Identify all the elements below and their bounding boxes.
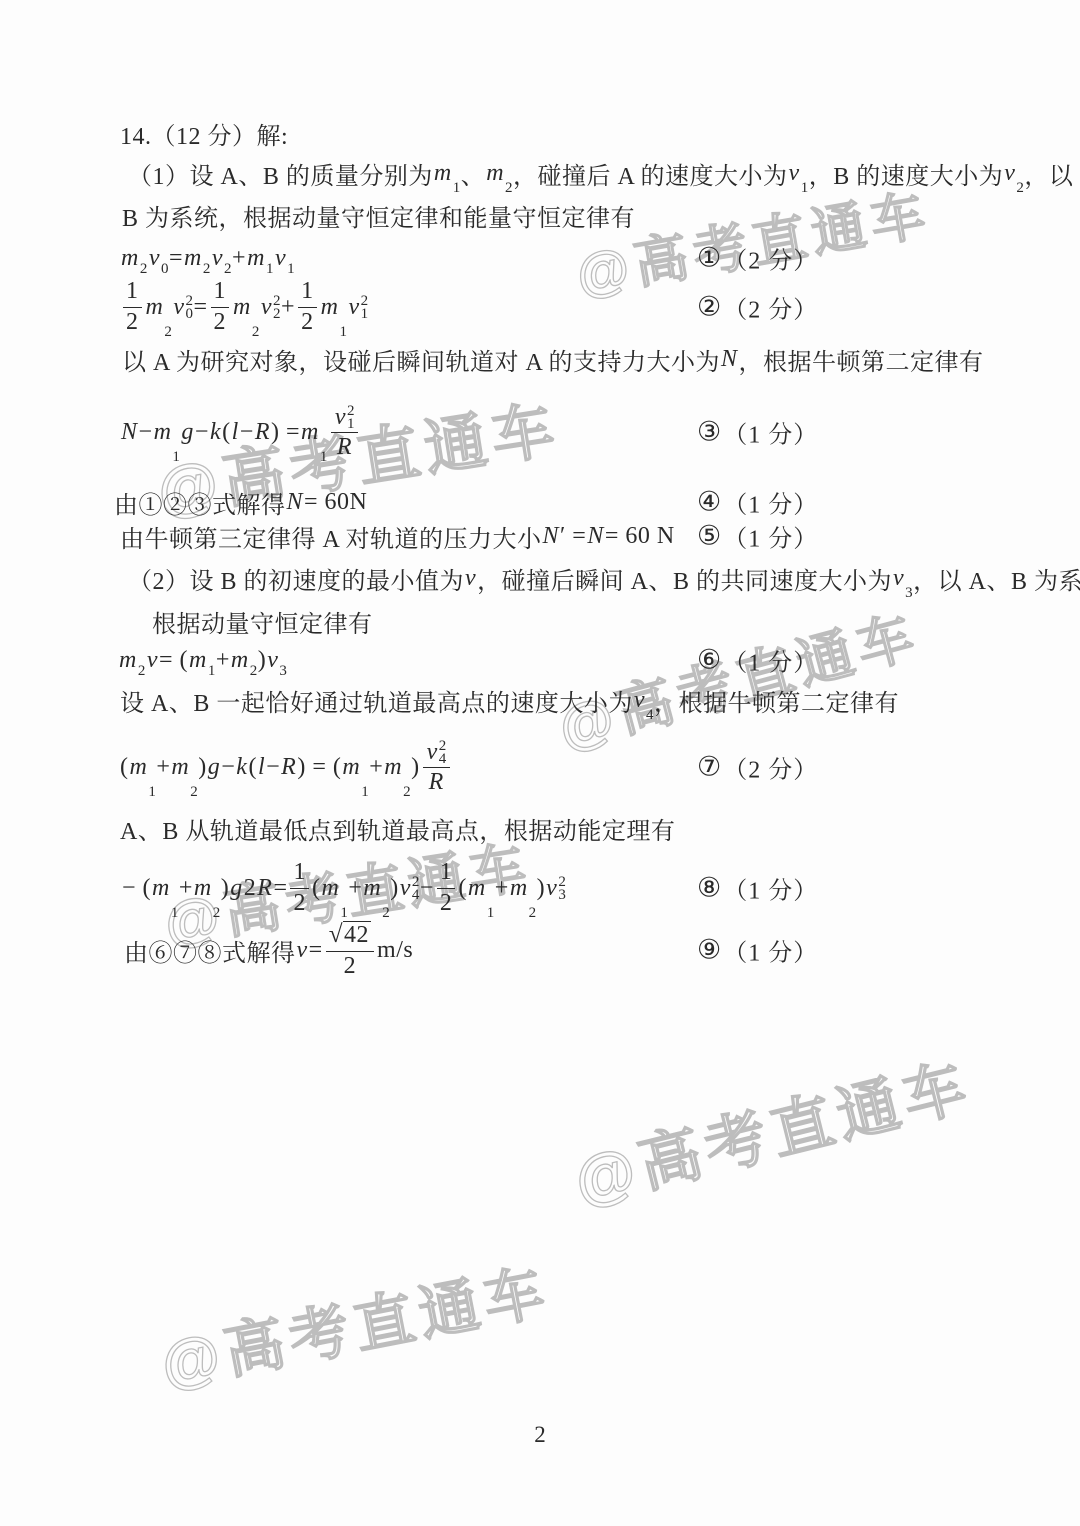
mark-number: ③: [697, 417, 722, 448]
mark-score: （1 分）: [723, 485, 818, 520]
mark-number: ⑦: [697, 752, 722, 783]
score-mark-6: ⑥ （1 分）: [697, 643, 818, 678]
top-point-equation: (m1+m2)g−k(l−R) = (m1+m2)v24R ⑦ （2 分）: [0, 734, 1080, 800]
score-mark-4: ④ （1 分）: [697, 485, 818, 520]
mark-score: （1 分）: [723, 871, 818, 906]
part2-setup-line-1: （2）设 B 的初速度的最小值为 v，碰撞后瞬间 A、B 的共同速度大小为 v3…: [0, 563, 1080, 593]
mark-number: ④: [697, 487, 722, 518]
score-mark-1: ① （2 分）: [697, 241, 818, 276]
paragraph-text: （1）设 A、B 的质量分别为 m1、m2，碰撞后 A 的速度大小为 v1，B …: [128, 156, 1080, 191]
watermark: @高考直通车: [569, 1056, 978, 1214]
mark-number: ⑥: [697, 645, 722, 676]
paragraph-text: 以 A 为研究对象，设碰后瞬间轨道对 A 的支持力大小为 N，根据牛顿第二定律有: [122, 342, 984, 377]
page-number: 2: [0, 1422, 1080, 1448]
kinetic-energy-intro: A、B 从轨道最低点到轨道最高点，根据动能定理有: [0, 813, 1080, 843]
kinetic-energy-equation: − (m1+m2)g 2R = 12(m1+m2)v24−12(m1+m2)v2…: [0, 861, 1080, 915]
mark-number: ①: [697, 243, 722, 274]
equation: N− m1g −k(l−R) = m1v21R: [120, 404, 361, 460]
momentum-conservation-equation: m2v0 = m2v2+m1v1 ① （2 分）: [0, 242, 1080, 274]
mark-score: （1 分）: [723, 643, 818, 678]
equation: 由⑥⑦⑧式解得 v = √422m/s: [124, 921, 413, 978]
mark-number: ⑨: [697, 935, 722, 966]
energy-conservation-equation: 12m2 v20 = 12m2 v22+12m1v21 ② （2 分）: [0, 278, 1080, 336]
score-mark-9: ⑨ （1 分）: [697, 933, 818, 968]
heading-text: 14.（12 分）解:: [120, 116, 288, 151]
paragraph-text: 根据动量守恒定律有: [152, 604, 373, 639]
watermark: @高考直通车: [156, 1261, 555, 1395]
mark-number: ②: [697, 292, 722, 323]
third-law-result: 由牛顿第三定律得 A 对轨道的压力大小 N′ = N = 60 N ⑤ （1 分…: [0, 521, 1080, 551]
score-mark-7: ⑦ （2 分）: [697, 750, 818, 785]
top-point-intro: 设 A、B 一起恰好通过轨道最高点的速度大小为 v4，根据牛顿第二定律有: [0, 685, 1080, 715]
mark-number: ⑧: [697, 873, 722, 904]
score-mark-8: ⑧ （1 分）: [697, 871, 818, 906]
newton-second-law-intro: 以 A 为研究对象，设碰后瞬间轨道对 A 的支持力大小为 N，根据牛顿第二定律有: [0, 344, 1080, 374]
mark-score: （1 分）: [723, 519, 818, 554]
mark-score: （1 分）: [723, 933, 818, 968]
equation: − (m1+m2)g 2R = 12(m1+m2)v24−12(m1+m2)v2…: [122, 860, 566, 915]
mark-score: （2 分）: [723, 290, 818, 325]
setup-paragraph-line-2: B 为系统，根据动量守恒定律和能量守恒定律有: [0, 200, 1080, 230]
paragraph-text: （2）设 B 的初速度的最小值为 v，碰撞后瞬间 A、B 的共同速度大小为 v3…: [128, 561, 1080, 596]
equation: m2v = (m1+m2)v3: [118, 647, 287, 674]
equation: m2v0 = m2v2+m1v1: [120, 245, 295, 272]
equation: (m1+m2)g−k(l−R) = (m1+m2)v24R: [120, 739, 453, 795]
newton-second-law-equation: N− m1g −k(l−R) = m1v21R ③ （1 分）: [0, 400, 1080, 464]
mark-score: （2 分）: [723, 241, 818, 276]
result-text: 由牛顿第三定律得 A 对轨道的压力大小 N′ = N = 60 N: [120, 519, 675, 554]
score-mark-3: ③ （1 分）: [697, 415, 818, 450]
mark-score: （2 分）: [723, 750, 818, 785]
score-mark-2: ② （2 分）: [697, 290, 818, 325]
setup-paragraph-line-1: （1）设 A、B 的质量分别为 m1、m2，碰撞后 A 的速度大小为 v1，B …: [0, 158, 1080, 188]
paragraph-text: B 为系统，根据动量守恒定律和能量守恒定律有: [122, 198, 635, 233]
equation: 12m2 v20 = 12m2 v22+12m1v21: [120, 279, 369, 334]
mark-number: ⑤: [697, 521, 722, 552]
part2-setup-line-2: 根据动量守恒定律有: [0, 606, 1080, 636]
result-text: 由①②③式解得 N = 60N: [114, 485, 367, 520]
part2-momentum-equation: m2v = (m1+m2)v3 ⑥ （1 分）: [0, 645, 1080, 675]
final-answer: 由⑥⑦⑧式解得 v = √422m/s ⑨ （1 分）: [0, 921, 1080, 979]
score-mark-5: ⑤ （1 分）: [697, 519, 818, 554]
mark-score: （1 分）: [723, 415, 818, 450]
paragraph-text: A、B 从轨道最低点到轨道最高点，根据动能定理有: [120, 811, 675, 846]
normal-force-result: 由①②③式解得 N = 60N ④ （1 分）: [0, 486, 1080, 518]
paragraph-text: 设 A、B 一起恰好通过轨道最高点的速度大小为 v4，根据牛顿第二定律有: [120, 683, 899, 718]
problem-heading: 14.（12 分）解:: [0, 118, 1080, 148]
answer-sheet-page: @高考直通车 @高考直通车 @高考直通车 @高考直通车 @高考直通车 @高考直通…: [0, 0, 1080, 1526]
